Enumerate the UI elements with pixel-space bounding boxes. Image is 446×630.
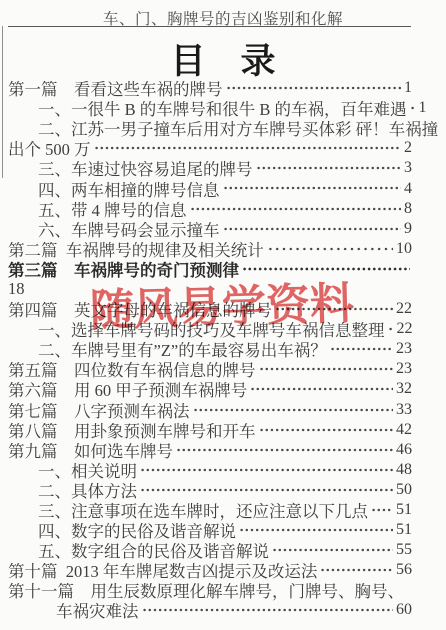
toc-leader-dots (320, 560, 393, 580)
toc-entry: 第八篇 用卦象预测车牌号和开车42 (8, 420, 412, 440)
toc-leader-dots (140, 480, 393, 500)
toc-leader-dots (226, 78, 402, 98)
toc-page-number: 46 (395, 441, 412, 459)
toc-page-number: 48 (395, 461, 412, 479)
header-rule (8, 26, 411, 28)
toc-leader-dots (272, 540, 393, 560)
toc-page-number: 56 (395, 561, 412, 579)
toc-page-number: 22 (396, 320, 413, 338)
toc-leader-dots (193, 400, 394, 420)
toc-page-number: 23 (395, 340, 412, 358)
toc-page-number: 2 (403, 139, 412, 157)
toc-entry: 一、一很牛 B 的车牌号和很牛 B 的车祸，百年难遇1 (8, 98, 412, 118)
toc-entry-text: 18 (8, 279, 25, 299)
toc-entry: 第二篇 车祸牌号的规律及相关统计10 (8, 239, 412, 259)
toc-entry: 二、具体方法50 (8, 480, 412, 500)
toc-leader-dots (242, 259, 410, 279)
toc-page-number: 1 (403, 79, 412, 97)
toc-page-number: 33 (395, 401, 412, 419)
toc-leader-dots (259, 359, 394, 379)
toc-page-number: 55 (395, 541, 412, 559)
toc-page-number: 51 (395, 521, 412, 539)
toc-entry: 第一篇 看看这些车祸的牌号1 (8, 78, 412, 98)
toc-entry: 第七篇 八字预测车祸法33 (8, 400, 412, 420)
toc-leader-dots (176, 440, 393, 460)
toc-entry: 第十一篇 用生辰数原理化解车牌号，门牌号、胸号、 (8, 580, 412, 600)
toc-entry: 车祸灾难法60 (8, 600, 412, 620)
toc-entry: 六、车牌号码会显示撞车9 (8, 219, 412, 239)
toc-leader-dots (410, 98, 416, 118)
toc-page-number: 8 (403, 200, 412, 218)
toc-entry: 第三篇 车祸牌号的奇门预测律 (8, 259, 412, 279)
toc-entry-text: 车祸灾难法 (56, 598, 139, 622)
toc-page-number: 32 (395, 380, 412, 398)
toc-page-number: 42 (395, 421, 412, 439)
toc-entry: 五、带 4 牌号的信息8 (8, 199, 412, 219)
toc-entry: 三、注意事项在选车牌时，还应注意以下几点51 (8, 500, 412, 520)
toc-entry: 第九篇 如何选车牌号46 (8, 440, 412, 460)
toc-leader-dots (140, 460, 393, 480)
toc-leader-dots (388, 319, 394, 339)
toc-entry: 三、车速过快容易追尾的牌号3 (8, 158, 412, 178)
toc-page-number: 51 (395, 501, 412, 519)
toc-page-number: 4 (403, 180, 412, 198)
toc-entry: 四、两车相撞的牌号信息4 (8, 178, 412, 198)
toc-page-number: 60 (395, 601, 412, 619)
toc-page-number: 10 (395, 240, 412, 258)
toc-entry: 一、相关说明48 (8, 460, 412, 480)
toc-entry: 四、数字的民俗及谐音解说51 (8, 520, 412, 540)
toc-leader-dots (256, 158, 402, 178)
toc-page-number: 22 (395, 300, 412, 318)
toc-page-number: 23 (395, 360, 412, 378)
toc-leader-dots (330, 339, 393, 359)
toc-page-number: 3 (403, 159, 412, 177)
toc-list: 第一篇 看看这些车祸的牌号1 一、一很牛 B 的车牌号和很牛 B 的车祸，百年难… (8, 78, 412, 621)
toc-leader-dots (142, 600, 394, 620)
toc-entry-text: 二、江苏一男子撞车后用对方车牌号买体彩 砰！车祸撞 (38, 116, 438, 140)
toc-entry: 第六篇 用 60 甲子预测车祸牌号32 (8, 379, 412, 399)
toc-leader-dots (259, 420, 394, 440)
toc-entry: 二、车牌号里有”Z”的车最容易出车祸？23 (8, 339, 412, 359)
toc-entry: 五、数字组合的民俗及谐音解说55 (8, 540, 412, 560)
toc-page-number: 1 (418, 99, 427, 117)
toc-leader-dots (94, 138, 402, 158)
toc-entry: 二、江苏一男子撞车后用对方车牌号买体彩 砰！车祸撞 (8, 118, 412, 138)
toc-leader-dots (371, 500, 393, 520)
toc-leader-dots (223, 178, 402, 198)
toc-entry: 第十篇 2013 年车牌尾数吉凶提示及改运法56 (8, 560, 412, 580)
toc-entry: 出个 500 万2 (8, 138, 412, 158)
toc-page-number: 9 (403, 220, 412, 238)
toc-leader-dots (267, 239, 393, 259)
watermark-stamp: 随风易学资料 (89, 282, 354, 333)
toc-leader-dots (223, 219, 402, 239)
toc-leader-dots (239, 520, 393, 540)
toc-entry: 第五篇 四位数有车祸信息的牌号23 (8, 359, 412, 379)
toc-entry-text: 第三篇 车祸牌号的奇门预测律 (8, 257, 239, 281)
toc-leader-dots (190, 199, 402, 219)
toc-page-number: 50 (395, 481, 412, 499)
toc-leader-dots (250, 379, 393, 399)
